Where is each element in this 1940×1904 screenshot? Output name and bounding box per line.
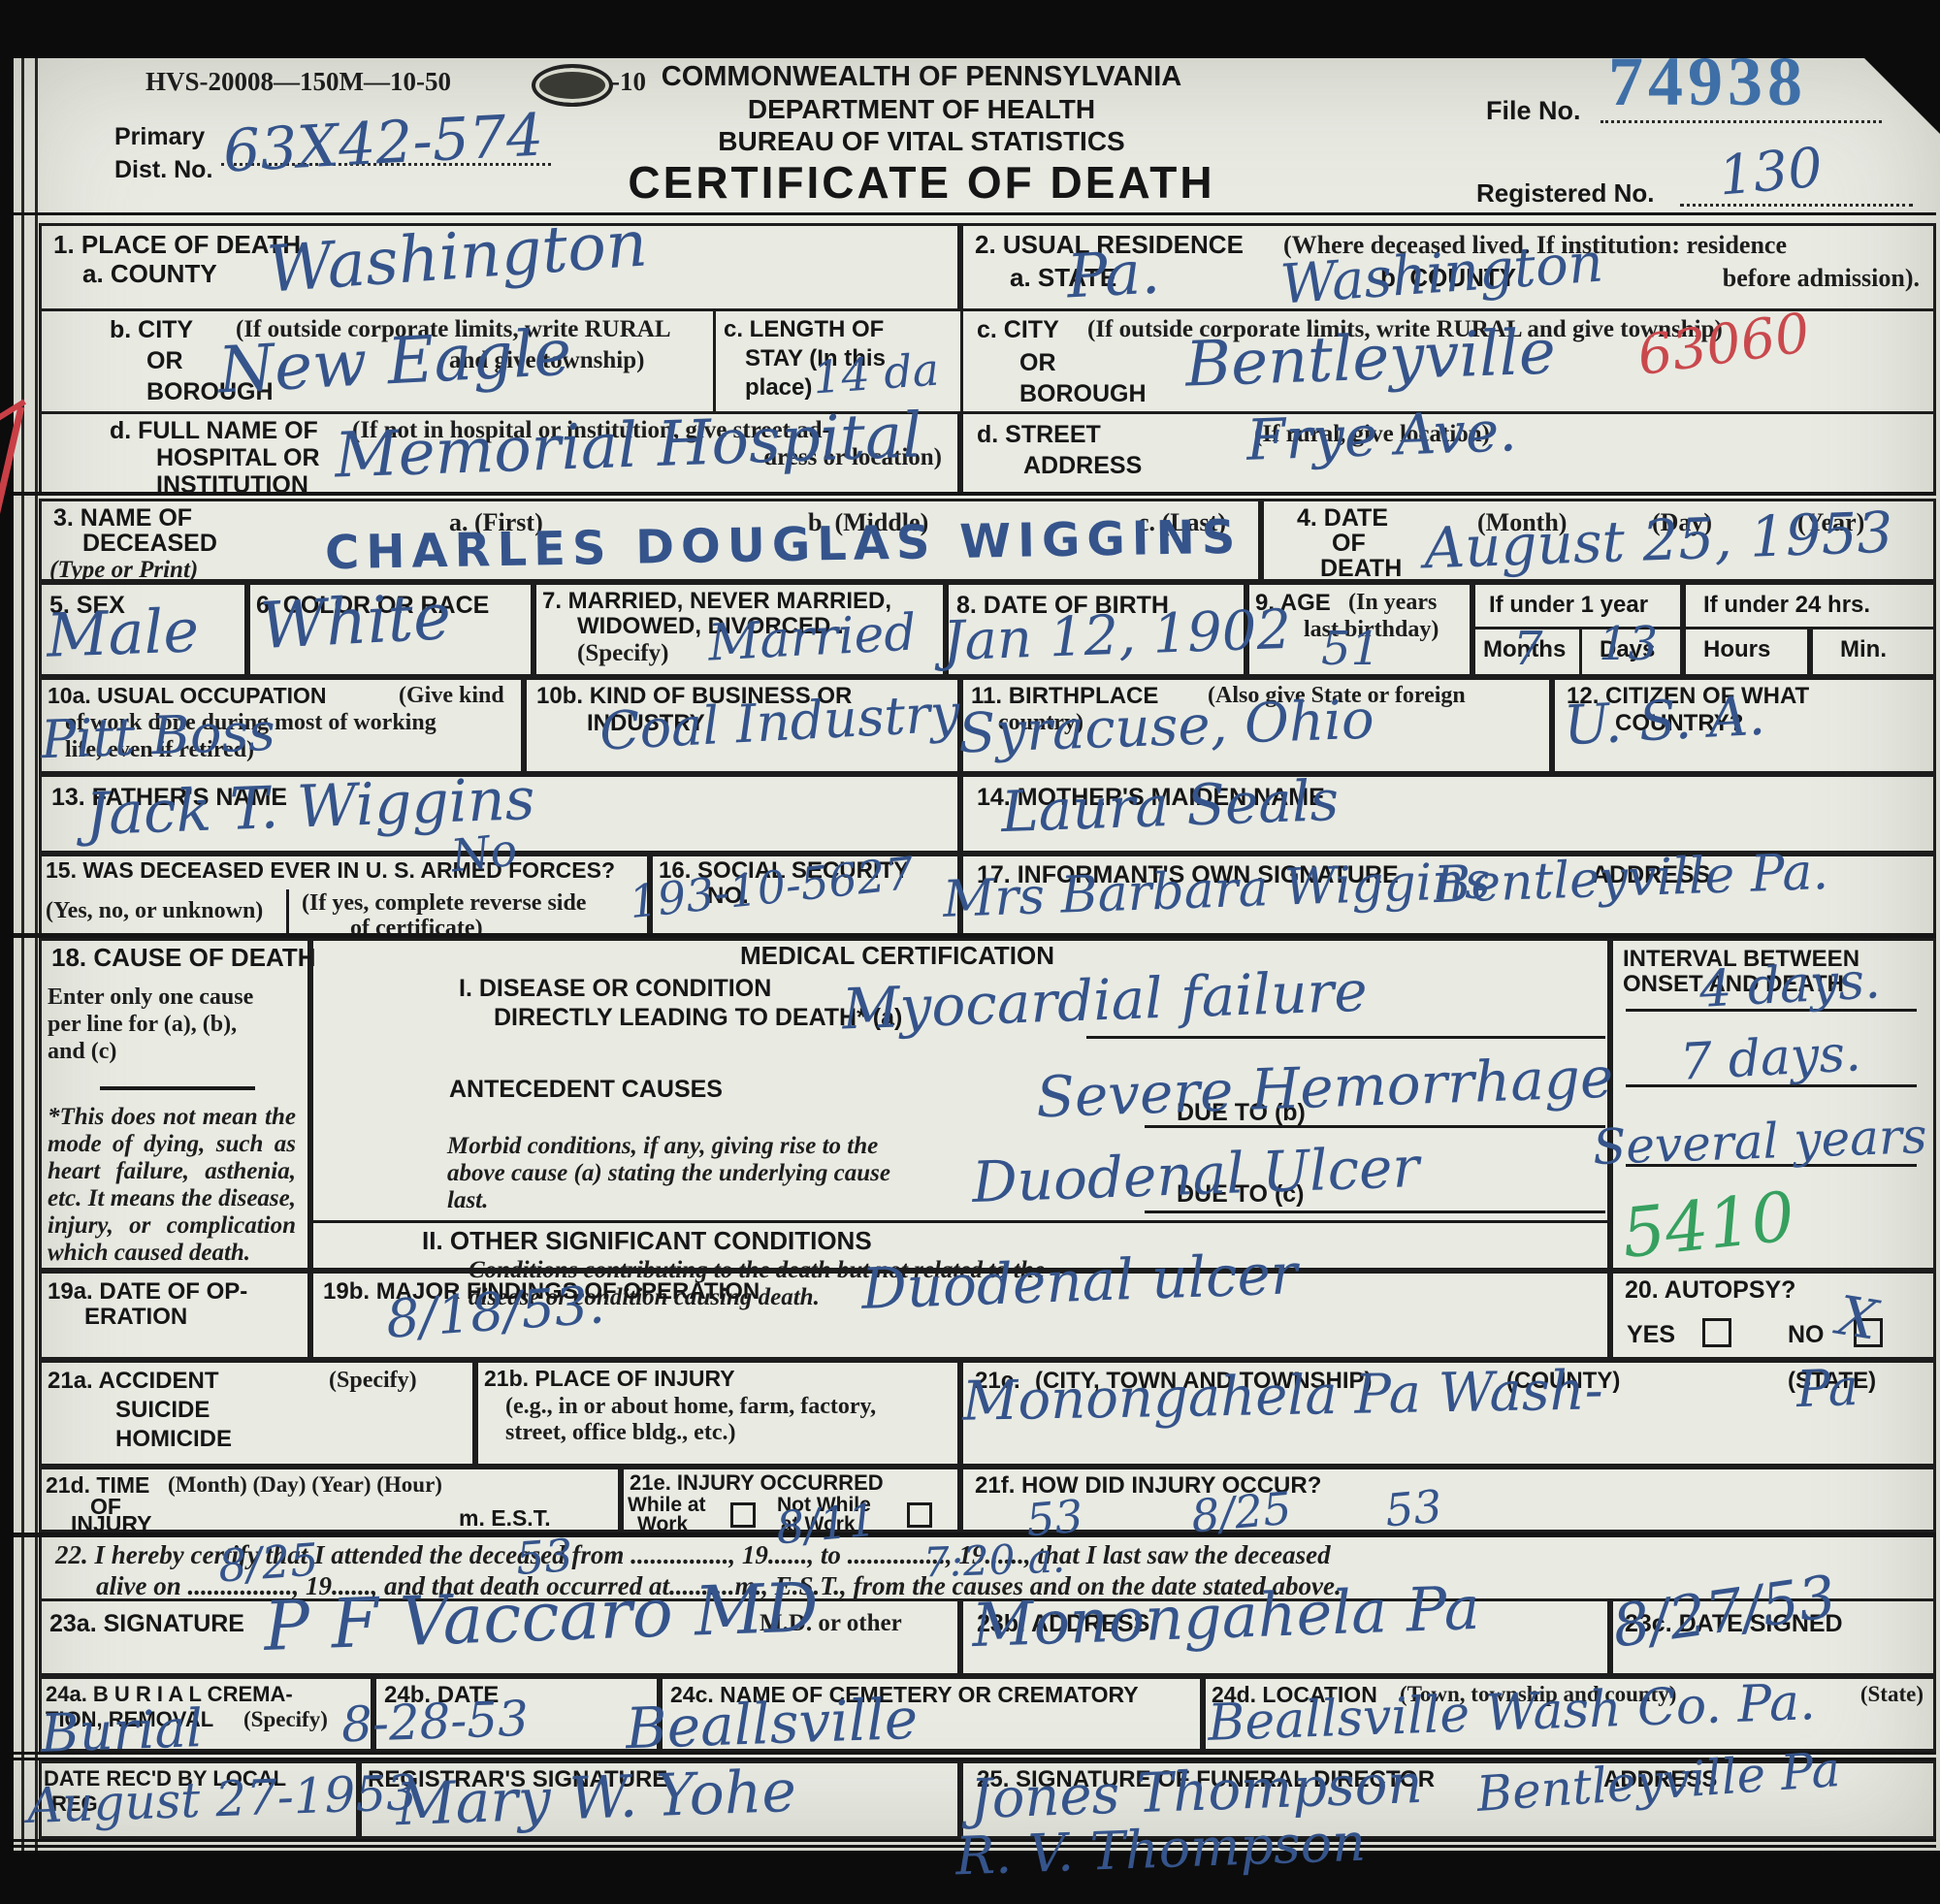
ink-city-residence: Bentleyville bbox=[1184, 321, 1557, 396]
dist-no-label: Dist. No. bbox=[114, 157, 212, 182]
ink-birthplace: Syracuse, Ohio bbox=[957, 694, 1374, 762]
line-cause-b bbox=[1145, 1125, 1605, 1128]
ink-street-address: Frye Ave. bbox=[1245, 403, 1517, 468]
primary-label: Primary bbox=[114, 124, 205, 149]
ink-marital: Married bbox=[707, 607, 918, 668]
label-city-c: c. CITY bbox=[977, 317, 1059, 342]
field-armed-forces: 15. WAS DECEASED EVER IN U. S. ARMED FOR… bbox=[39, 854, 650, 937]
ink-date-of-death: August 25, 1953 bbox=[1423, 504, 1893, 577]
hint-time-injury: (Month) (Day) (Year) (Hour) bbox=[168, 1473, 442, 1497]
ink-interval-c: Several years bbox=[1592, 1112, 1927, 1172]
label-county-a: a. COUNTY bbox=[82, 261, 217, 287]
label-homicide: HOMICIDE bbox=[115, 1427, 232, 1451]
field-accident-suicide: 21a. ACCIDENT (Specify) SUICIDE HOMICIDE bbox=[39, 1360, 475, 1467]
label-name-2: DECEASED bbox=[82, 531, 217, 556]
label-hospital-2: HOSPITAL OR bbox=[156, 445, 320, 470]
ink-informant-address: Bentleyville Pa. bbox=[1433, 847, 1828, 911]
ink-days: 13 bbox=[1599, 621, 1658, 667]
ink-injury-state: Pa bbox=[1795, 1363, 1859, 1415]
label-length-3: place) bbox=[745, 375, 812, 400]
field-cause-note: 18. CAUSE OF DEATH Enter only one cause … bbox=[39, 938, 310, 1271]
file-no-label: File No. bbox=[1486, 97, 1581, 124]
field-how-injury: 21f. HOW DID INJURY OCCUR? bbox=[960, 1467, 1936, 1533]
org-line-3: BUREAU OF VITAL STATISTICS bbox=[621, 127, 1222, 155]
label-other-conditions: II. OTHER SIGNIFICANT CONDITIONS bbox=[422, 1228, 872, 1254]
label-dod-2: OF bbox=[1332, 531, 1366, 556]
ink-attended-to: 8/25 bbox=[1189, 1486, 1293, 1539]
field-time-of-injury: 21d. TIME (Month) (Day) (Year) (Hour) OF… bbox=[39, 1467, 621, 1533]
hint-occupation-1: (Give kind bbox=[399, 684, 504, 708]
rule-header bbox=[14, 212, 1936, 215]
label-or-1: OR bbox=[146, 348, 183, 373]
org-line-1: COMMONWEALTH OF PENNSYLVANIA bbox=[621, 62, 1222, 91]
hint-specify-24a: (Specify) bbox=[243, 1708, 328, 1731]
label-injury-occurred: 21e. INJURY OCCURRED bbox=[630, 1471, 884, 1494]
field-autopsy: 20. AUTOPSY? YES NO bbox=[1610, 1271, 1936, 1360]
yes-checkbox bbox=[1702, 1318, 1731, 1347]
ink-dist-no: 63X42-574 bbox=[222, 106, 545, 180]
label-length-1: c. LENGTH OF bbox=[724, 317, 884, 341]
hint-morbid: Morbid conditions, if any, giving rise t… bbox=[447, 1133, 932, 1214]
ink-date-received: August 27-1953 bbox=[26, 1768, 417, 1830]
page-title: CERTIFICATE OF DEATH bbox=[543, 159, 1300, 206]
field-hours: Hours bbox=[1683, 627, 1810, 677]
ink-cause-a: Myocardial failure bbox=[841, 963, 1368, 1038]
ink-attended-from: 8/11 bbox=[774, 1498, 878, 1551]
rule-above-ii bbox=[313, 1220, 1607, 1223]
hint-age-1: (In years bbox=[1348, 591, 1437, 615]
label-yes: YES bbox=[1627, 1322, 1675, 1347]
field-date-of-operation: 19a. DATE OF OP- ERATION bbox=[39, 1271, 310, 1360]
field-min: Min. bbox=[1810, 627, 1936, 677]
ink-year-2: 53 bbox=[1383, 1484, 1443, 1533]
ink-date-of-birth: Jan 12, 1902 bbox=[942, 603, 1292, 669]
torn-corner bbox=[1864, 58, 1940, 134]
binding-line-2 bbox=[35, 58, 38, 1851]
line-cause-a bbox=[1086, 1036, 1605, 1039]
label-operation-1: 19a. DATE OF OP- bbox=[48, 1279, 247, 1304]
hint-place-of-injury: (e.g., in or about home, farm, factory, … bbox=[505, 1394, 932, 1446]
hint-if-yes-1: (If yes, complete reverse side bbox=[302, 891, 586, 916]
ink-time-of-death: 7:20 a. bbox=[922, 1537, 1065, 1583]
ink-interval-b: 7 days. bbox=[1679, 1028, 1862, 1088]
while-at-work-checkbox bbox=[730, 1502, 756, 1528]
armed-forces-divider bbox=[286, 889, 289, 936]
ink-state-residence: Pa. bbox=[1065, 242, 1161, 307]
ink-burial-date: 8-28-53 bbox=[340, 1694, 529, 1750]
hint-location-state: (State) bbox=[1860, 1683, 1924, 1706]
label-cause-of-death: 18. CAUSE OF DEATH bbox=[51, 945, 316, 971]
label-suicide: SUICIDE bbox=[115, 1398, 210, 1422]
label-or-2: OR bbox=[1019, 350, 1056, 375]
label-hours: Hours bbox=[1703, 637, 1770, 662]
ink-months: 7 bbox=[1513, 626, 1543, 672]
rule-section-2 bbox=[14, 933, 1936, 938]
certificate-page: HVS-20008—150M—10-50 -10 COMMONWEALTH OF… bbox=[0, 0, 1940, 1904]
note-rule bbox=[100, 1086, 255, 1090]
ink-alive-on: 8/25 bbox=[217, 1536, 320, 1588]
note-3: and (c) bbox=[48, 1040, 116, 1064]
label-street: d. STREET bbox=[977, 422, 1101, 447]
label-under-24-hrs: If under 24 hrs. bbox=[1703, 593, 1870, 617]
binding-line-1 bbox=[21, 58, 24, 1851]
note-2: per line for (a), (b), bbox=[48, 1013, 237, 1037]
ink-occupation: Pitt Boss bbox=[40, 706, 276, 766]
ink-citizen: U. S. A. bbox=[1563, 690, 1767, 755]
ink-sex: Male bbox=[46, 600, 200, 665]
ink-armed-forces: No bbox=[449, 827, 519, 879]
label-signature-23a: 23a. SIGNATURE bbox=[49, 1611, 244, 1636]
ink-injury-city: Monongahela Pa Wash- bbox=[962, 1364, 1603, 1430]
label-no: NO bbox=[1788, 1322, 1825, 1347]
label-medical-certification: MEDICAL CERTIFICATION bbox=[740, 943, 1054, 969]
label-dod-3: DEATH bbox=[1320, 556, 1402, 581]
file-no-line bbox=[1600, 120, 1882, 123]
rule-section-1 bbox=[14, 492, 1936, 496]
ink-cemetery: Beallsville bbox=[625, 1691, 919, 1757]
ink-city-death: New Eagle bbox=[217, 321, 573, 403]
label-operation-2: ERATION bbox=[84, 1305, 187, 1329]
registered-no-label: Registered No. bbox=[1476, 180, 1655, 207]
hint-specify-21a: (Specify) bbox=[329, 1369, 417, 1393]
ink-mother: Laura Seals bbox=[1000, 772, 1340, 840]
line-cause-c bbox=[1145, 1210, 1605, 1213]
label-dod-1: 4. DATE bbox=[1297, 505, 1388, 531]
form-number: HVS-20008—150M—10-50 bbox=[145, 68, 451, 95]
label-name-1: 3. NAME OF bbox=[53, 505, 192, 531]
label-est: m. E.S.T. bbox=[459, 1506, 551, 1530]
label-armed-forces: 15. WAS DECEASED EVER IN U. S. ARMED FOR… bbox=[46, 858, 615, 882]
label-under-1-year: If under 1 year bbox=[1489, 593, 1648, 617]
ink-year-3: 53 bbox=[514, 1533, 574, 1581]
ink-age: 51 bbox=[1321, 626, 1380, 672]
label-city-b: b. CITY bbox=[110, 317, 193, 342]
ink-major-findings: Duodenal ulcer bbox=[860, 1245, 1298, 1317]
label-min: Min. bbox=[1840, 637, 1887, 662]
label-place-of-injury: 21b. PLACE OF INJURY bbox=[484, 1367, 735, 1390]
hint-yes-no-unknown: (Yes, no, or unknown) bbox=[46, 899, 263, 923]
label-disease-2: DIRECTLY LEADING TO DEATH* (a) bbox=[494, 1005, 902, 1030]
hint-before-admission: before admission). bbox=[1723, 265, 1920, 291]
hint-type-or-print: (Type or Print) bbox=[49, 558, 198, 583]
ink-operation-date: 8/18/53. bbox=[384, 1278, 606, 1346]
ink-cause-c: Duodenal Ulcer bbox=[971, 1139, 1420, 1210]
not-while-at-work-checkbox bbox=[907, 1502, 932, 1528]
hint-specify-7: (Specify) bbox=[577, 641, 668, 666]
label-accident: 21a. ACCIDENT bbox=[48, 1369, 218, 1393]
ink-burial: Burial bbox=[40, 1702, 204, 1760]
label-autopsy: 20. AUTOPSY? bbox=[1625, 1277, 1795, 1303]
printers-union-seal-icon bbox=[532, 64, 613, 107]
ink-registered-no: 130 bbox=[1717, 141, 1825, 204]
label-place-of-death: 1. PLACE OF DEATH bbox=[53, 232, 301, 258]
ink-md-address: Monongahela Pa bbox=[971, 1578, 1481, 1656]
ink-length-of-stay: 14 da bbox=[812, 347, 941, 401]
field-under-24-hrs-header: If under 24 hrs. bbox=[1683, 582, 1936, 629]
ink-file-no-stamp: 74938 bbox=[1608, 47, 1807, 116]
ink-interval-a: 4 days. bbox=[1698, 955, 1882, 1016]
label-address: ADDRESS bbox=[1023, 453, 1142, 478]
label-hospital-1: d. FULL NAME OF bbox=[110, 418, 318, 443]
ink-race: White bbox=[258, 585, 452, 659]
ink-autopsy-x: X bbox=[1834, 1289, 1881, 1349]
registered-no-line bbox=[1680, 204, 1913, 207]
field-place-of-injury: 21b. PLACE OF INJURY (e.g., in or about … bbox=[475, 1360, 960, 1467]
note-paragraph: *This does not mean the mode of dying, s… bbox=[48, 1104, 296, 1267]
org-line-2: DEPARTMENT OF HEALTH bbox=[621, 95, 1222, 123]
ink-md-signature: P F Vaccaro MD bbox=[263, 1573, 820, 1661]
ink-registrar: Mary W. Yohe bbox=[395, 1762, 797, 1834]
label-antecedent: ANTECEDENT CAUSES bbox=[449, 1077, 723, 1102]
ink-funeral-director-2: R. V. Thompson bbox=[954, 1817, 1367, 1884]
ink-green-code: 5410 bbox=[1619, 1182, 1797, 1268]
label-disease-1: I. DISEASE OR CONDITION bbox=[459, 976, 771, 1001]
note-1: Enter only one cause bbox=[48, 985, 253, 1010]
label-borough-2: BOROUGH bbox=[1019, 381, 1147, 406]
